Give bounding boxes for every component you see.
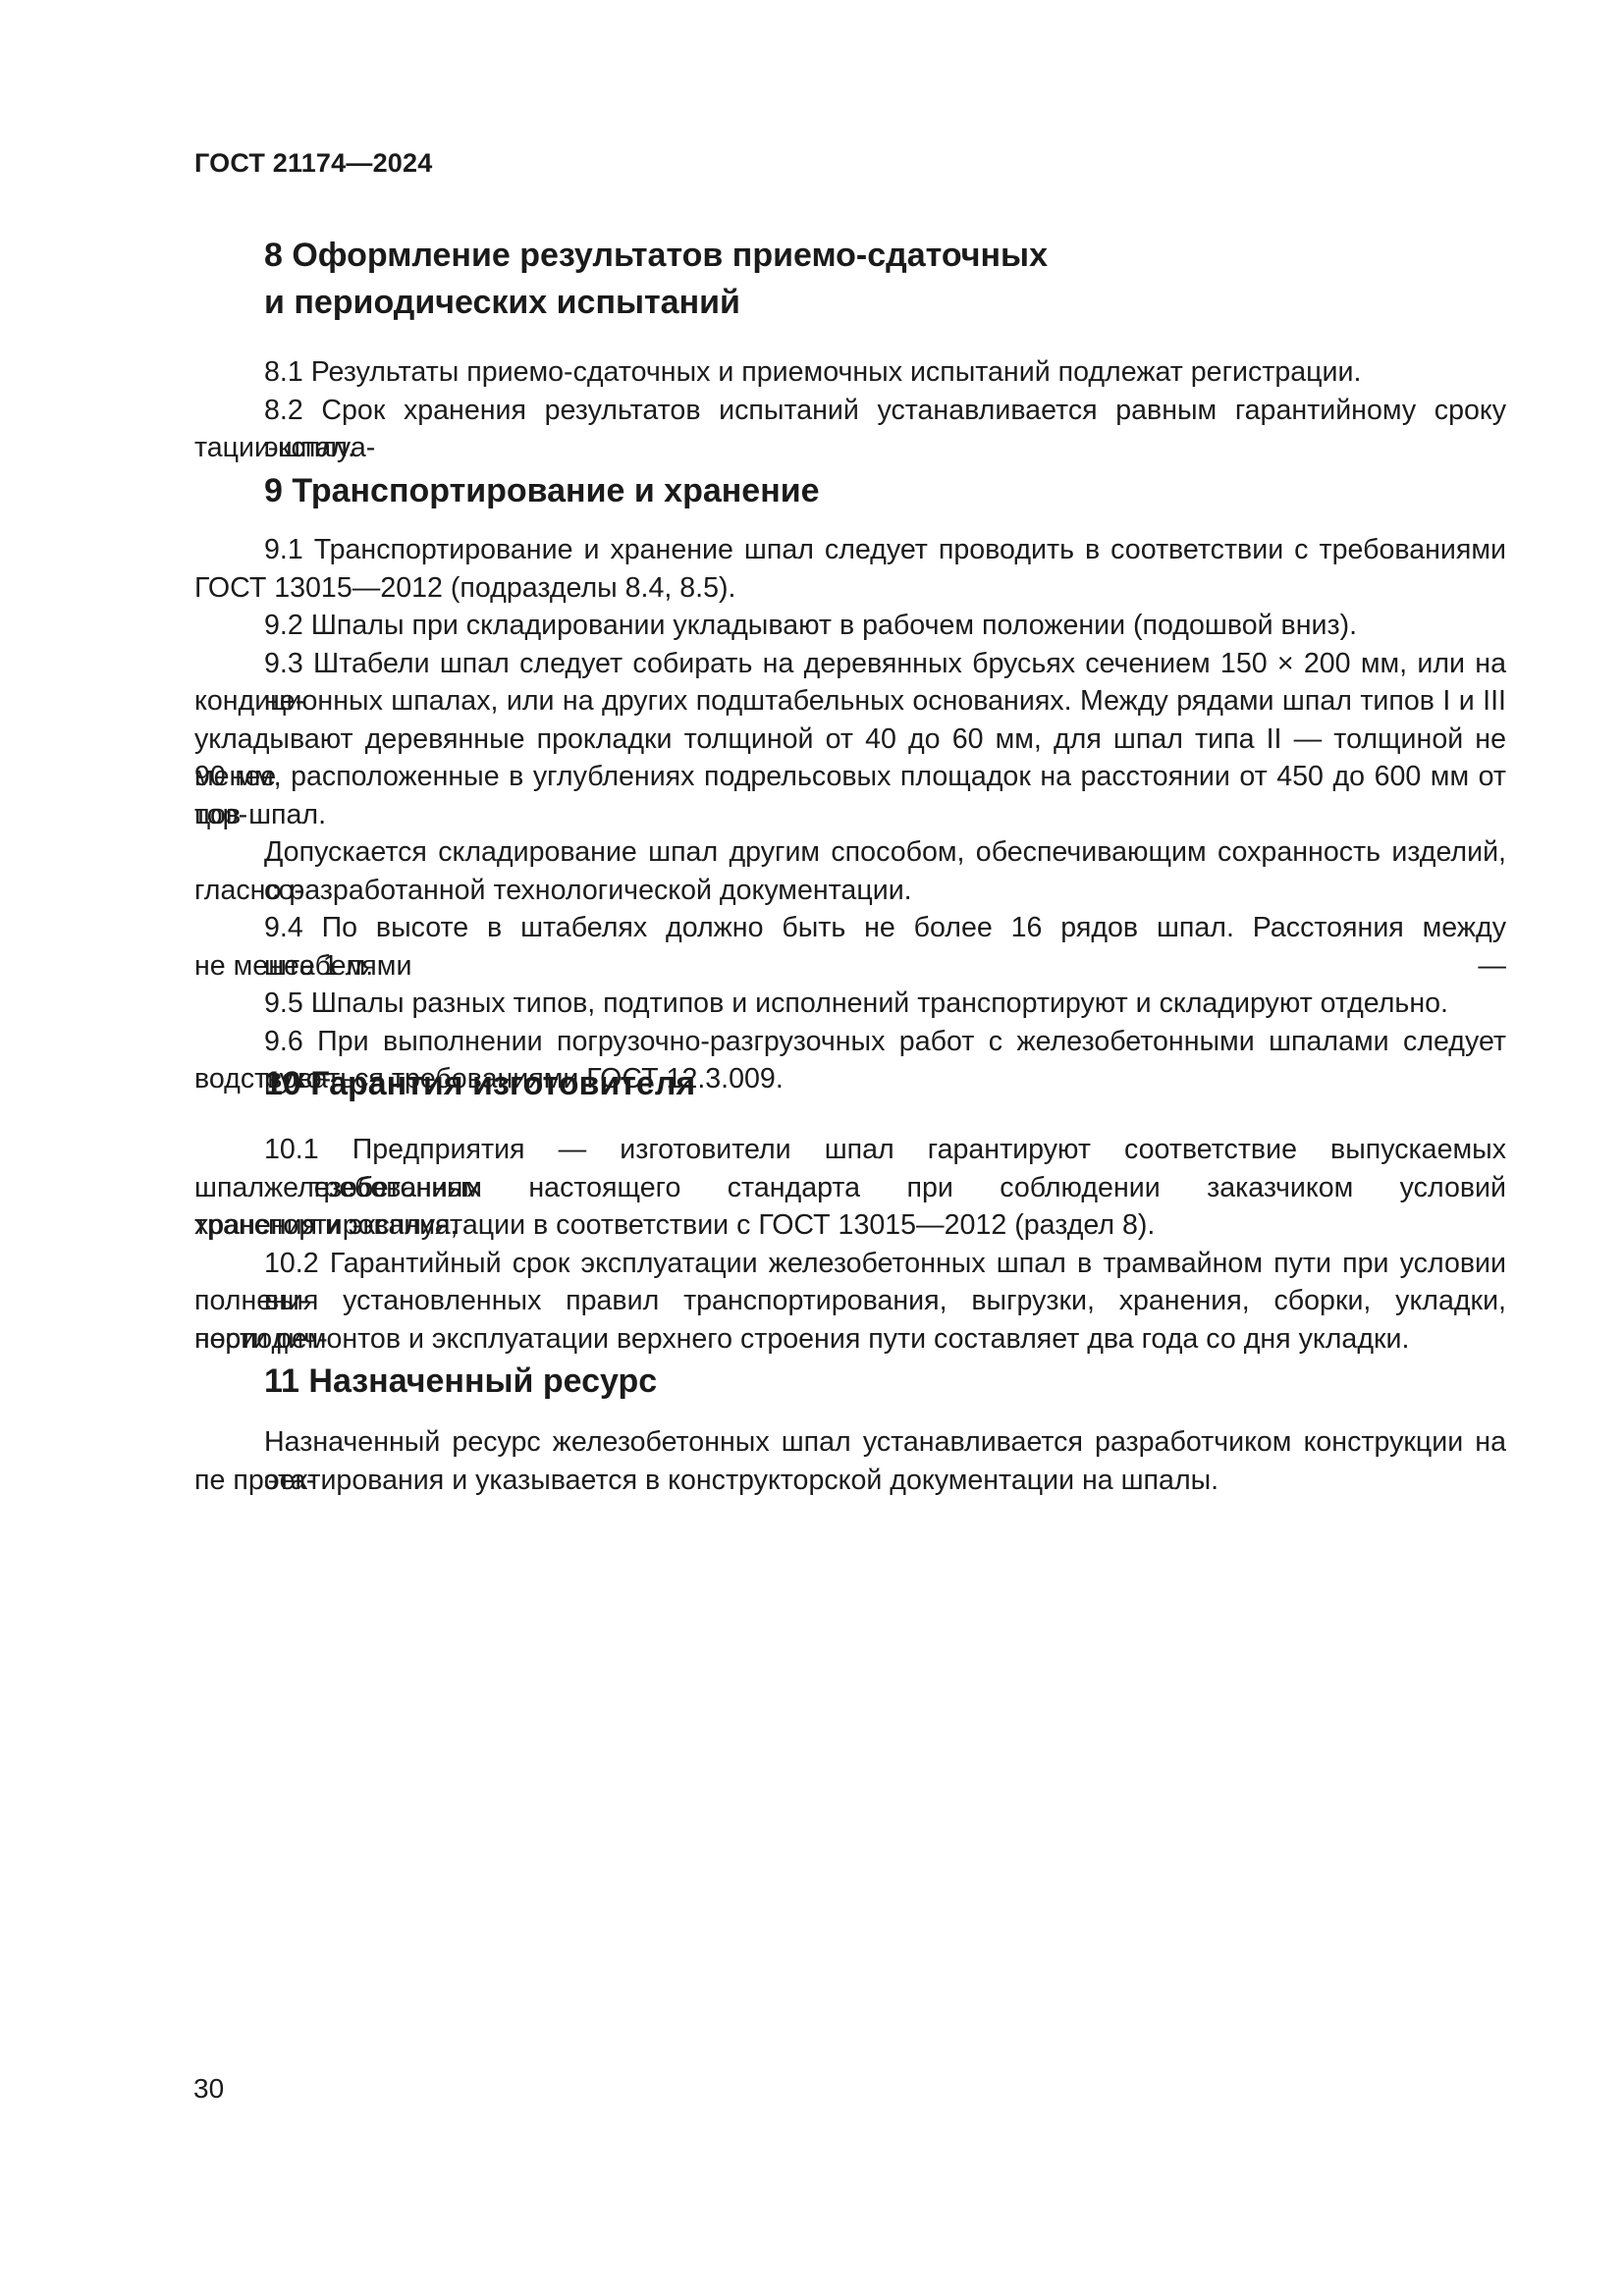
document-page: ГОСТ 21174—2024 8 Оформление результатов… xyxy=(0,0,1624,2296)
heading-line: 9 Транспортирование и хранение xyxy=(264,467,820,514)
paragraph-line: ности ремонтов и эксплуатации верхнего с… xyxy=(194,1320,1506,1359)
heading-line: 10 Гарантия изготовителя xyxy=(264,1060,695,1107)
paragraph-line: 8.1 Результаты приемо-сдаточных и приемо… xyxy=(264,353,1506,392)
section-heading: 10 Гарантия изготовителя xyxy=(264,1060,695,1107)
paragraph-line: кондиционных шпалах, или на других подшт… xyxy=(194,682,1506,721)
paragraph-line: 9.5 Шпалы разных типов, подтипов и испол… xyxy=(264,985,1506,1023)
running-header: ГОСТ 21174—2024 xyxy=(194,147,432,179)
paragraph-line: не менее 1 м. xyxy=(194,947,1506,986)
paragraph-line: цов шпал. xyxy=(194,796,1506,834)
paragraph-line: 9.6 При выполнении погрузочно-разгрузочн… xyxy=(264,1023,1506,1061)
paragraph-line: шпал требованиям настоящего стандарта пр… xyxy=(194,1169,1506,1207)
paragraph-line: тации шпал. xyxy=(194,429,1506,467)
heading-line: 11 Назначенный ресурс xyxy=(264,1358,657,1405)
paragraph-line: Назначенный ресурс железобетонных шпал у… xyxy=(264,1423,1506,1462)
paragraph-line: 9.1 Транспортирование и хранение шпал сл… xyxy=(264,531,1506,569)
heading-line: и периодических испытаний xyxy=(264,279,1048,326)
paragraph-line: хранения и эксплуатации в соответствии с… xyxy=(194,1206,1506,1245)
paragraph-line: 9.4 По высоте в штабелях должно быть не … xyxy=(264,909,1506,947)
section-heading: 11 Назначенный ресурс xyxy=(264,1358,657,1405)
paragraph-line: гласно разработанной технологической док… xyxy=(194,872,1506,910)
page-number: 30 xyxy=(193,2073,224,2105)
paragraph-line: 8.2 Срок хранения результатов испытаний … xyxy=(264,392,1506,430)
paragraph-line: 90 мм, расположенные в углублениях подре… xyxy=(194,758,1506,796)
paragraph-line: укладывают деревянные прокладки толщиной… xyxy=(194,721,1506,759)
paragraph-line: Допускается складирование шпал другим сп… xyxy=(264,833,1506,872)
paragraph-line: ГОСТ 13015—2012 (подразделы 8.4, 8.5). xyxy=(194,569,1506,608)
heading-line: 8 Оформление результатов приемо-сдаточны… xyxy=(264,232,1048,279)
paragraph-line: полнения установленных правил транспорти… xyxy=(194,1282,1506,1320)
paragraph-line: 10.2 Гарантийный срок эксплуатации желез… xyxy=(264,1245,1506,1283)
paragraph-line: 9.3 Штабели шпал следует собирать на дер… xyxy=(264,645,1506,683)
paragraph-line: 10.1 Предприятия — изготовители шпал гар… xyxy=(264,1131,1506,1169)
section-heading: 9 Транспортирование и хранение xyxy=(264,467,820,514)
paragraph-line: пе проектирования и указывается в констр… xyxy=(194,1462,1506,1500)
paragraph-line: 9.2 Шпалы при складировании укладывают в… xyxy=(264,607,1506,645)
section-heading: 8 Оформление результатов приемо-сдаточны… xyxy=(264,232,1048,326)
